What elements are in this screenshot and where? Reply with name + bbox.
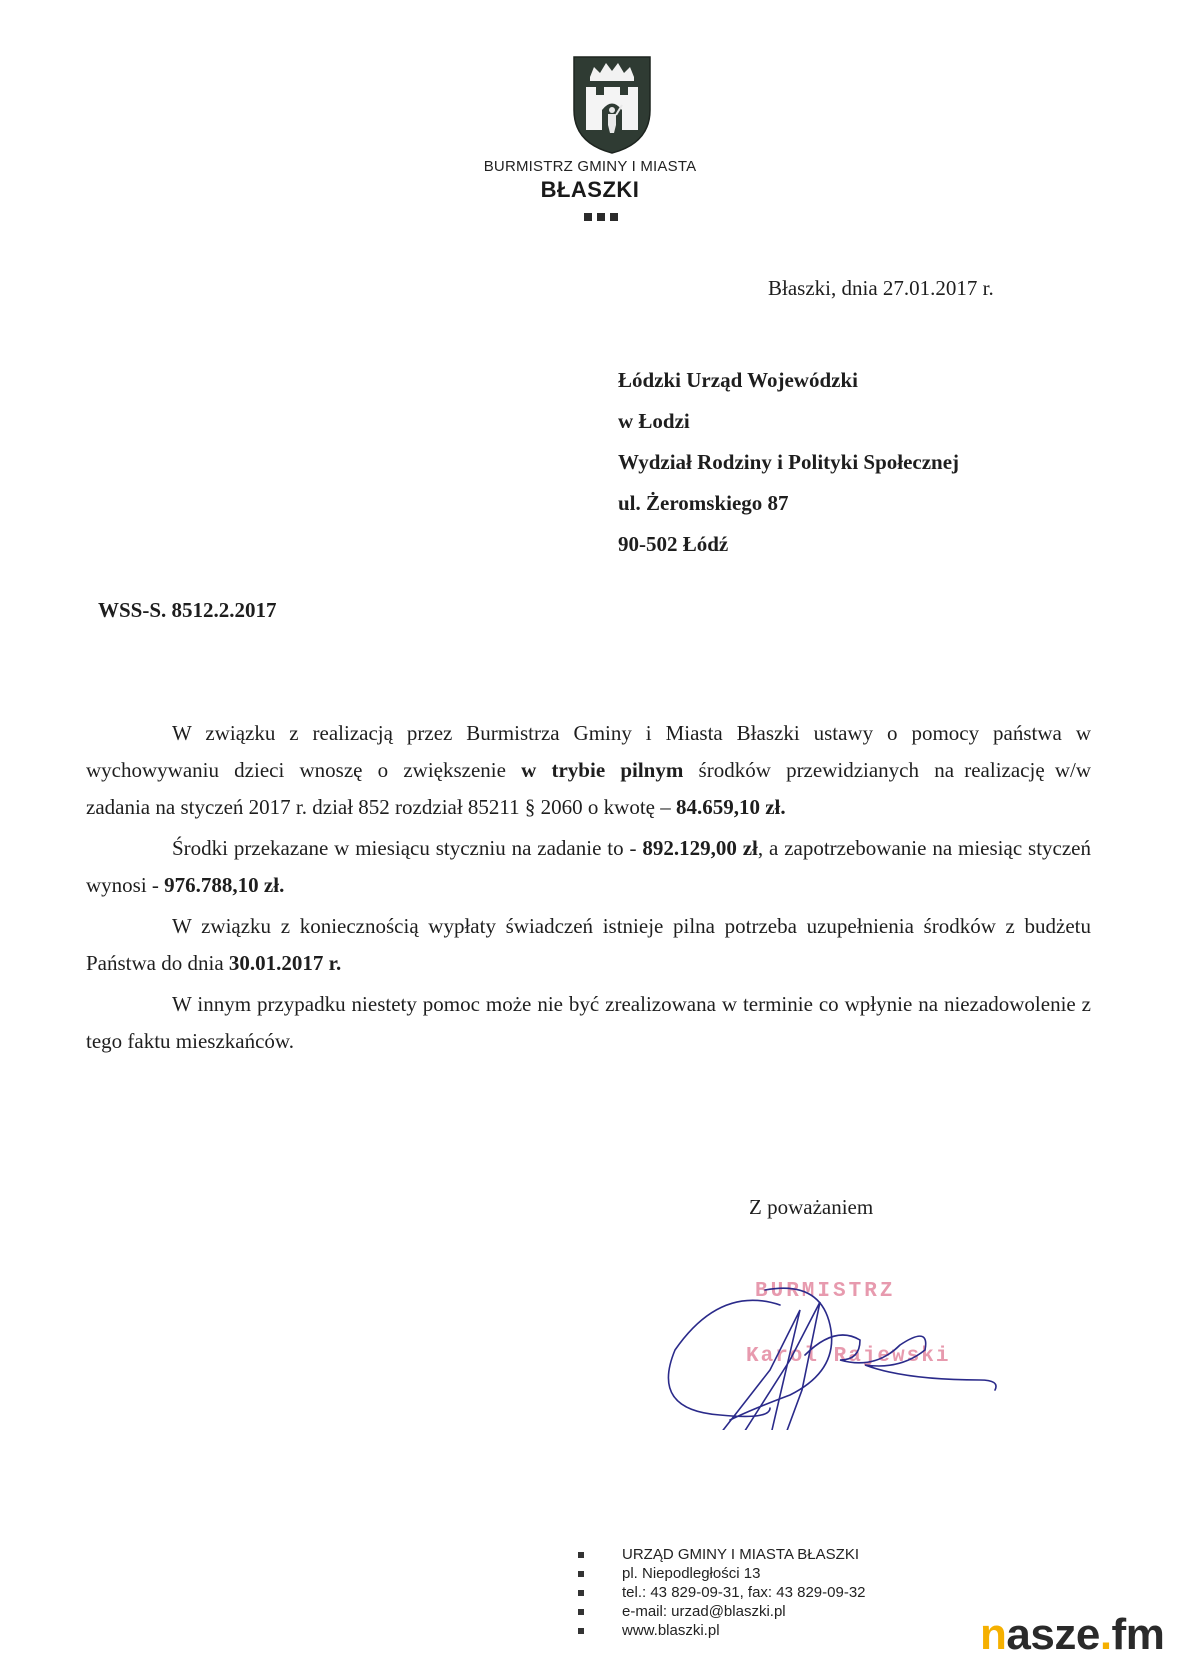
paragraph-text: W związku z realizacją przez Burmistrza …: [172, 721, 1062, 745]
footer-address: pl. Niepodległości 13: [622, 1564, 760, 1583]
footer-email[interactable]: e-mail: urzad@blaszki.pl: [622, 1602, 786, 1621]
watermark-dot: .: [1100, 1610, 1112, 1659]
paragraph-4: W innym przypadku niestety pomoc może ni…: [86, 986, 1091, 1060]
date-line: Błaszki, dnia 27.01.2017 r.: [768, 276, 994, 301]
watermark-logo: nasze.fm: [980, 1610, 1164, 1660]
bullet-icon: [578, 1628, 584, 1634]
bullet-icon: [578, 1590, 584, 1596]
watermark-text: asze: [1006, 1610, 1099, 1659]
footer-row: URZĄD GMINY I MIASTA BŁASZKI: [578, 1545, 866, 1564]
paragraph-text: środków przewidzianych na: [683, 758, 954, 782]
header-decoration: [584, 213, 618, 221]
amount-needed: 976.788,10 zł.: [164, 873, 284, 897]
recipient-address: Łódzki Urząd Wojewódzki w Łodzi Wydział …: [618, 360, 959, 565]
recipient-line: ul. Żeromskiego 87: [618, 483, 959, 524]
footer-contact: URZĄD GMINY I MIASTA BŁASZKI pl. Niepodl…: [578, 1545, 866, 1640]
reference-number: WSS-S. 8512.2.2017: [98, 598, 277, 623]
amount-transferred: 892.129,00 zł: [642, 836, 758, 860]
paragraph-3: W związku z koniecznością wypłaty świadc…: [86, 908, 1091, 982]
footer-office-name: URZĄD GMINY I MIASTA BŁASZKI: [622, 1545, 859, 1564]
footer-row: tel.: 43 829-09-31, fax: 43 829-09-32: [578, 1583, 866, 1602]
paragraph-2: Środki przekazane w miesiącu styczniu na…: [86, 830, 1091, 904]
bullet-icon: [578, 1609, 584, 1615]
paragraph-text: Środki przekazane w miesiącu styczniu na…: [172, 836, 642, 860]
header-town: BŁASZKI: [440, 177, 740, 203]
letter-body: W związku z realizacją przez Burmistrza …: [86, 715, 1091, 1060]
paragraph-1: W związku z realizacją przez Burmistrza …: [86, 715, 1091, 826]
coat-of-arms-icon: [572, 55, 652, 155]
deadline-date: 30.01.2017 r.: [229, 951, 341, 975]
footer-website[interactable]: www.blaszki.pl: [622, 1621, 720, 1640]
bullet-icon: [578, 1571, 584, 1577]
amount-requested: 84.659,10 zł.: [676, 795, 786, 819]
recipient-line: w Łodzi: [618, 401, 959, 442]
signature-block: BURMISTRZ Karol Rajewski: [660, 1230, 1040, 1430]
watermark-tld: fm: [1112, 1610, 1165, 1659]
footer-row: e-mail: urzad@blaszki.pl: [578, 1602, 866, 1621]
bullet-icon: [578, 1552, 584, 1558]
recipient-line: 90-502 Łódź: [618, 524, 959, 565]
handwritten-signature-icon: [660, 1230, 1040, 1430]
footer-phone: tel.: 43 829-09-31, fax: 43 829-09-32: [622, 1583, 866, 1602]
footer-row: www.blaszki.pl: [578, 1621, 866, 1640]
emphasis-text: w trybie pilnym: [521, 758, 683, 782]
recipient-line: Łódzki Urząd Wojewódzki: [618, 360, 959, 401]
recipient-line: Wydział Rodziny i Polityki Społecznej: [618, 442, 959, 483]
watermark-accent-letter: n: [980, 1610, 1006, 1659]
closing-salutation: Z poważaniem: [749, 1195, 873, 1220]
footer-row: pl. Niepodległości 13: [578, 1564, 866, 1583]
header-title: BURMISTRZ GMINY I MIASTA: [440, 158, 740, 175]
